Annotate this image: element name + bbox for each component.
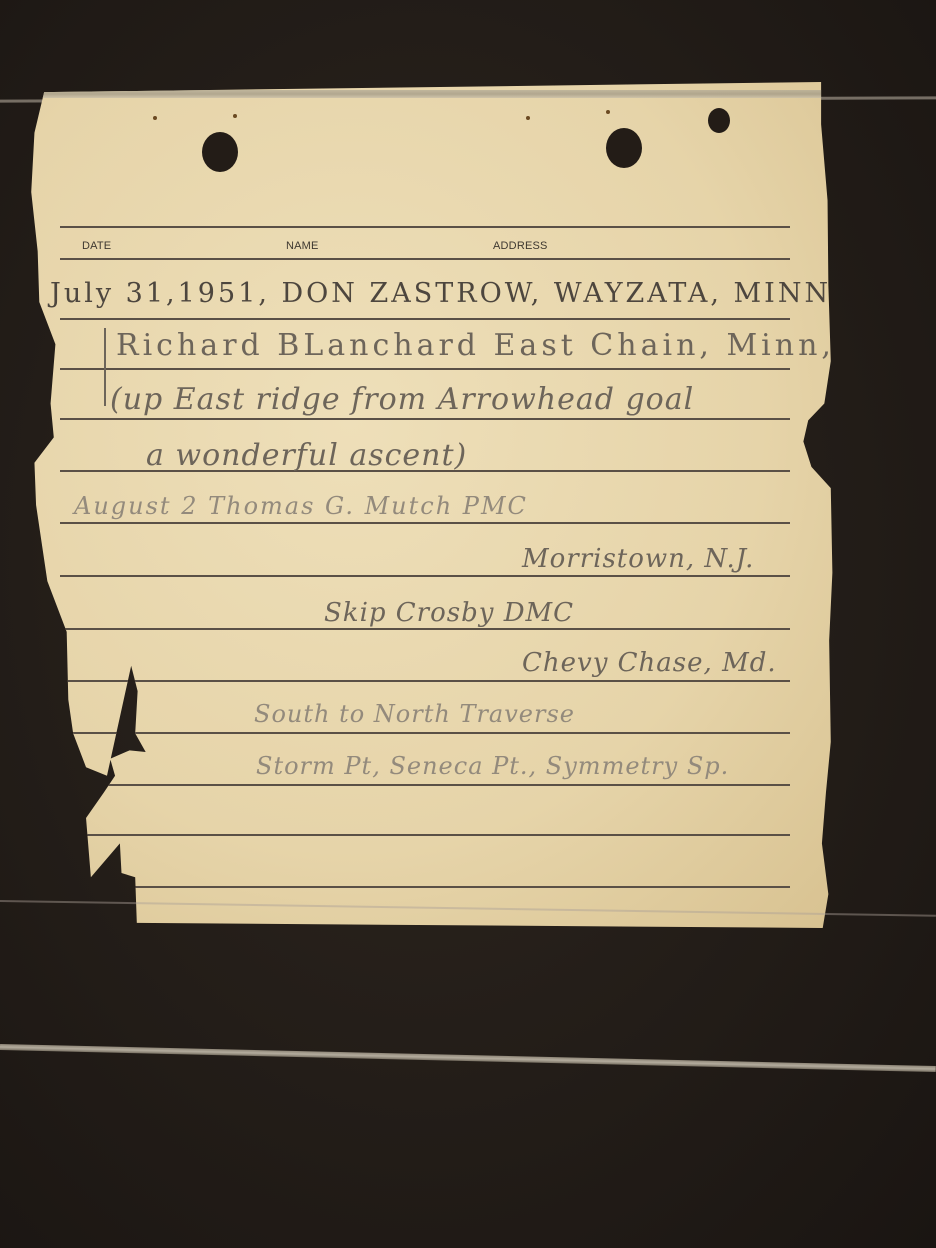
column-header-date: DATE [82,240,111,252]
ruled-line [60,418,790,420]
pin-mark [526,116,530,120]
ruled-line [60,732,790,734]
ruled-line [60,522,790,524]
column-header-name: NAME [286,240,319,252]
entry-2-line-5: South to North Traverse [254,700,575,728]
entry-1-line-4: a wonderful ascent) [146,438,467,473]
tape-strip [28,90,834,98]
entry-2-line-4: Chevy Chase, Md. [522,648,777,678]
punch-hole [708,108,730,133]
ruled-line [60,680,790,682]
sleeve-bottom-edge [0,1044,936,1072]
ruled-line [60,628,790,630]
header-bottom-rule [60,258,790,260]
ruled-line [60,834,790,836]
pin-mark [233,114,237,118]
entry-2-line-1: August 2 Thomas G. Mutch PMC [74,492,528,520]
ruled-line [60,318,790,320]
entry-2-line-2: Morristown, N.J. [522,544,754,574]
entry-1-line-1: July 31,1951, DON ZASTROW, WAYZATA, MINN [50,278,831,309]
register-page: DATE NAME ADDRESS July 31,1951, DON ZAST… [28,82,834,928]
header-top-rule [60,226,790,228]
handwritten-bracket [104,328,106,406]
punch-hole [202,132,238,172]
pin-mark [153,116,157,120]
entry-2-line-3: Skip Crosby DMC [324,598,574,628]
punch-hole [606,128,642,168]
pin-mark [606,110,610,114]
entry-1-line-2: Richard BLanchard East Chain, Minn, [116,328,835,363]
ruled-line [60,886,790,888]
entry-1-line-3: (up East ridge from Arrowhead goal [110,382,694,417]
column-header-address: ADDRESS [493,240,548,252]
ruled-line [60,368,790,370]
entry-2-line-6: Storm Pt, Seneca Pt., Symmetry Sp. [256,752,729,780]
ruled-line [60,575,790,577]
ruled-line [60,784,790,786]
